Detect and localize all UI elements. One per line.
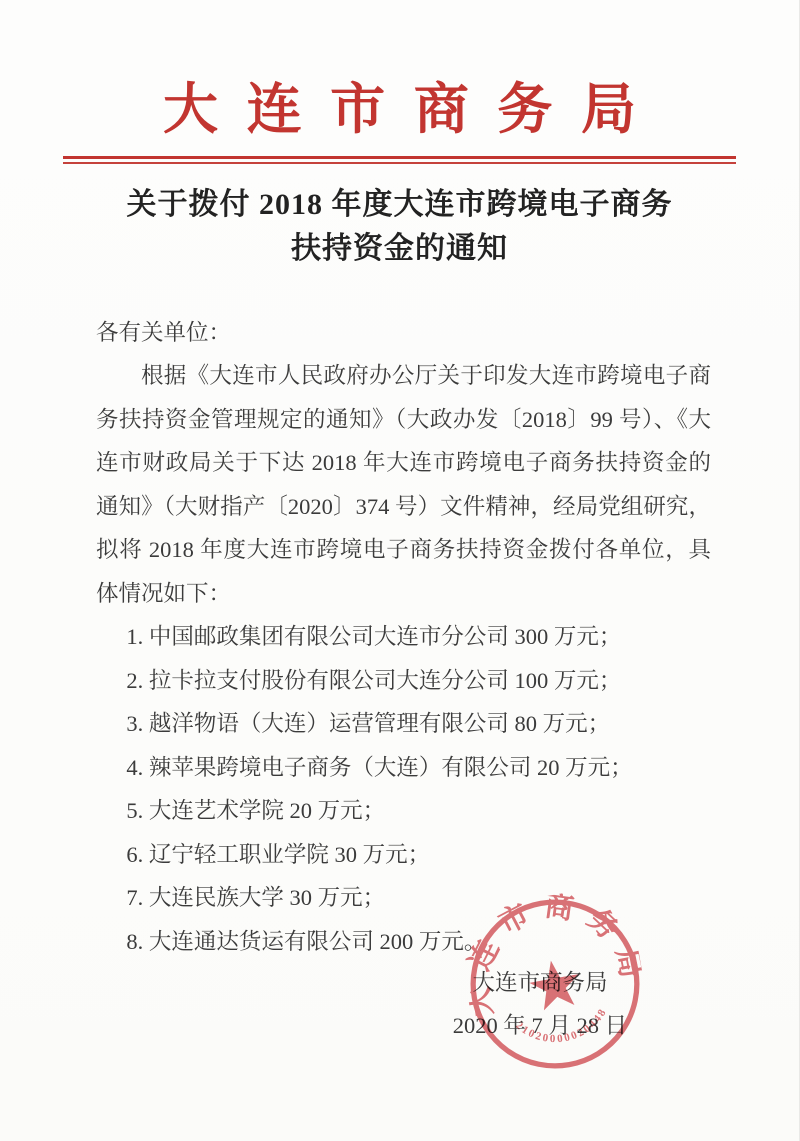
closing-block: 大连市商务局 2020 年 7 月 28 日	[410, 961, 670, 1047]
allocation-item-2: 2. 拉卡拉支付股份有限公司大连分公司 100 万元；	[96, 659, 711, 703]
salutation: 各有关单位：	[96, 311, 711, 355]
allocation-item-6: 6. 辽宁轻工职业学院 30 万元；	[96, 833, 711, 877]
red-divider	[63, 156, 736, 164]
signature-date: 2020 年 7 月 28 日	[410, 1004, 670, 1047]
document-title: 关于拨付 2018 年度大连市跨境电子商务 扶持资金的通知	[0, 183, 799, 271]
letterhead-agency-name: 大连市商务局	[0, 0, 799, 146]
allocation-item-8: 8. 大连通达货运有限公司 200 万元。	[96, 920, 711, 964]
signature-agency: 大连市商务局	[410, 961, 670, 1004]
allocation-item-5: 5. 大连艺术学院 20 万元；	[96, 789, 711, 833]
main-paragraph: 根据《大连市人民政府办公厅关于印发大连市跨境电子商务扶持资金管理规定的通知》（大…	[96, 354, 711, 615]
allocation-list: 1. 中国邮政集团有限公司大连市分公司 300 万元； 2. 拉卡拉支付股份有限…	[96, 615, 711, 963]
red-divider-thin-line	[63, 162, 736, 164]
document-page: 大连市商务局 关于拨付 2018 年度大连市跨境电子商务 扶持资金的通知 各有关…	[0, 0, 800, 1141]
allocation-item-4: 4. 辣苹果跨境电子商务（大连）有限公司 20 万元；	[96, 746, 711, 790]
document-title-line1: 关于拨付 2018 年度大连市跨境电子商务	[0, 183, 799, 227]
document-title-line2: 扶持资金的通知	[0, 227, 799, 271]
allocation-item-7: 7. 大连民族大学 30 万元；	[96, 876, 711, 920]
document-body: 各有关单位： 根据《大连市人民政府办公厅关于印发大连市跨境电子商务扶持资金管理规…	[96, 311, 711, 964]
allocation-item-1: 1. 中国邮政集团有限公司大连市分公司 300 万元；	[96, 615, 711, 659]
allocation-item-3: 3. 越洋物语（大连）运营管理有限公司 80 万元；	[96, 702, 711, 746]
